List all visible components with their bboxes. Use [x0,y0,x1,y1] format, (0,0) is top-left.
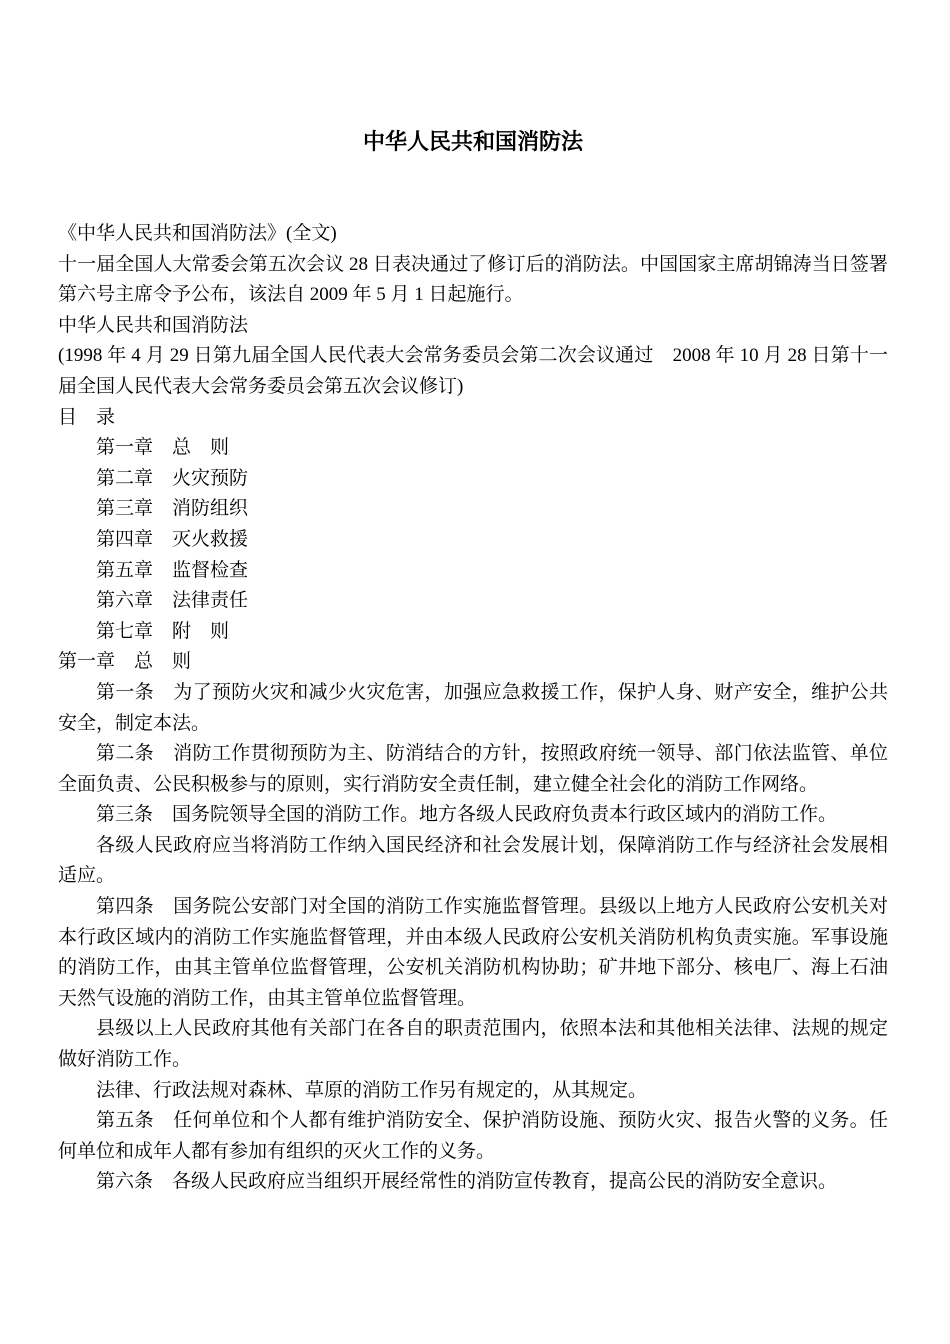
toc-item-chapter-6: 第六章 法律责任 [58,586,888,617]
chapter-1-heading: 第一章 总 则 [58,647,888,678]
article-5: 第五条 任何单位和个人都有维护消防安全、保护消防设施、预防火灾、报告火警的义务。… [58,1106,888,1167]
article-2: 第二条 消防工作贯彻预防为主、防消结合的方针，按照政府统一领导、部门依法监管、单… [58,739,888,800]
toc-item-chapter-3: 第三章 消防组织 [58,494,888,525]
document-title: 中华人民共和国消防法 [58,126,888,157]
article-3-continuation: 各级人民政府应当将消防工作纳入国民经济和社会发展计划，保障消防工作与经济社会发展… [58,831,888,892]
article-4-continuation-2: 法律、行政法规对森林、草原的消防工作另有规定的，从其规定。 [58,1076,888,1107]
toc-item-chapter-2: 第二章 火灾预防 [58,464,888,495]
law-title-line: 中华人民共和国消防法 [58,311,888,342]
intro-full-text-label: 《中华人民共和国消防法》(全文) [58,219,888,250]
enactment-revision-note: (1998 年 4 月 29 日第九届全国人民代表大会常务委员会第二次会议通过 … [58,341,888,402]
toc-item-chapter-7: 第七章 附 则 [58,617,888,648]
document-page: 中华人民共和国消防法 《中华人民共和国消防法》(全文) 十一届全国人大常委会第五… [0,0,950,1344]
toc-item-chapter-1: 第一章 总 则 [58,433,888,464]
toc-item-chapter-4: 第四章 灭火救援 [58,525,888,556]
article-6: 第六条 各级人民政府应当组织开展经常性的消防宣传教育，提高公民的消防安全意识。 [58,1167,888,1198]
toc-heading: 目 录 [58,403,888,434]
article-4: 第四条 国务院公安部门对全国的消防工作实施监督管理。县级以上地方人民政府公安机关… [58,892,888,1014]
article-4-continuation-1: 县级以上人民政府其他有关部门在各自的职责范围内，依照本法和其他相关法律、法规的规… [58,1014,888,1075]
article-3: 第三条 国务院领导全国的消防工作。地方各级人民政府负责本行政区域内的消防工作。 [58,800,888,831]
document-body: 《中华人民共和国消防法》(全文) 十一届全国人大常委会第五次会议 28 日表决通… [58,219,888,1198]
article-1: 第一条 为了预防火灾和减少火灾危害，加强应急救援工作，保护人身、财产安全，维护公… [58,678,888,739]
toc-item-chapter-5: 第五章 监督检查 [58,556,888,587]
intro-passage-note: 十一届全国人大常委会第五次会议 28 日表决通过了修订后的消防法。中国国家主席胡… [58,250,888,311]
